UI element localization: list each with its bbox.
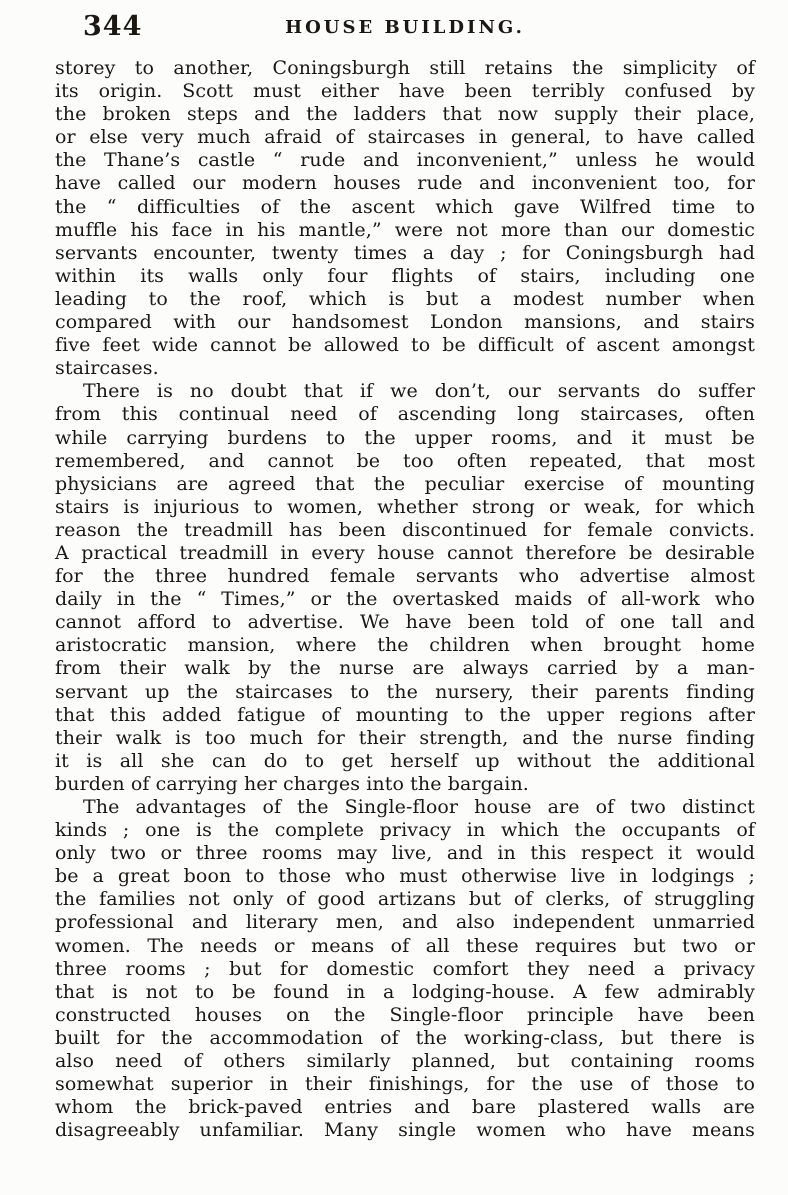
text-line: aristocratic mansion, where the children…	[55, 634, 755, 657]
text-line: kinds ; one is the complete privacy in w…	[55, 819, 755, 842]
text-line: the Thane’s castle “ rude and inconvenie…	[55, 149, 755, 172]
text-line: the “ difficulties of the ascent which g…	[55, 196, 755, 219]
text-line: professional and literary men, and also …	[55, 911, 755, 934]
text-line: constructed houses on the Single-floor p…	[55, 1004, 755, 1027]
text-line: also need of others similarly planned, b…	[55, 1050, 755, 1073]
paragraph: The advantages of the Single-floor house…	[55, 796, 755, 1142]
text-line: daily in the “ Times,” or the overtasked…	[55, 588, 755, 611]
text-line: women. The needs or means of all these r…	[55, 935, 755, 958]
text-line: whom the brick-paved entries and bare pl…	[55, 1096, 755, 1119]
text-line: built for the accommodation of the worki…	[55, 1027, 755, 1050]
book-page: 344 HOUSE BUILDING. storey to another, C…	[0, 0, 788, 1195]
text-line: three rooms ; but for domestic comfort t…	[55, 958, 755, 981]
text-line: leading to the roof, which is but a mode…	[55, 288, 755, 311]
text-line: from their walk by the nurse are always …	[55, 657, 755, 680]
text-line: A practical treadmill in every house can…	[55, 542, 755, 565]
text-line: within its walls only four flights of st…	[55, 265, 755, 288]
text-line: There is no doubt that if we don’t, our …	[55, 380, 755, 403]
text-line: reason the treadmill has been discontinu…	[55, 519, 755, 542]
text-line: while carrying burdens to the upper room…	[55, 427, 755, 450]
text-line: servant up the staircases to the nursery…	[55, 681, 755, 704]
text-line: five feet wide cannot be allowed to be d…	[55, 334, 755, 357]
text-line: the families not only of good artizans b…	[55, 888, 755, 911]
text-line: that is not to be found in a lodging-hou…	[55, 981, 755, 1004]
text-line: for the three hundred female servants wh…	[55, 565, 755, 588]
text-line: remembered, and cannot be too often repe…	[55, 450, 755, 473]
text-line: stairs is injurious to women, whether st…	[55, 496, 755, 519]
text-line: the broken steps and the ladders that no…	[55, 103, 755, 126]
paragraph: storey to another, Coningsburgh still re…	[55, 57, 755, 380]
text-line: somewhat superior in their finishings, f…	[55, 1073, 755, 1096]
paragraph: There is no doubt that if we don’t, our …	[55, 380, 755, 796]
text-line: that this added fatigue of mounting to t…	[55, 704, 755, 727]
text-line: muffle his face in his mantle,” were not…	[55, 219, 755, 242]
running-head: 344 HOUSE BUILDING.	[55, 12, 755, 46]
text-line: it is all she can do to get herself up w…	[55, 750, 755, 773]
text-line: staircases.	[55, 357, 755, 380]
text-line: their walk is too much for their strengt…	[55, 727, 755, 750]
text-line: The advantages of the Single-floor house…	[55, 796, 755, 819]
text-line: compared with our handsomest London mans…	[55, 311, 755, 334]
text-line: be a great boon to those who must otherw…	[55, 865, 755, 888]
text-line: or else very much afraid of staircases i…	[55, 126, 755, 149]
text-line: physicians are agreed that the peculiar …	[55, 473, 755, 496]
text-line: have called our modern houses rude and i…	[55, 172, 755, 195]
text-line: servants encounter, twenty times a day ;…	[55, 242, 755, 265]
text-line: only two or three rooms may live, and in…	[55, 842, 755, 865]
text-line: from this continual need of ascending lo…	[55, 403, 755, 426]
text-line: its origin. Scott must either have been …	[55, 80, 755, 103]
text-line: burden of carrying her charges into the …	[55, 773, 755, 796]
text-line: storey to another, Coningsburgh still re…	[55, 57, 755, 80]
text-line: cannot afford to advertise. We have been…	[55, 611, 755, 634]
text-line: disagreeably unfamiliar. Many single wom…	[55, 1119, 755, 1142]
running-header-title: HOUSE BUILDING.	[55, 17, 755, 39]
page-body: storey to another, Coningsburgh still re…	[55, 57, 755, 1142]
